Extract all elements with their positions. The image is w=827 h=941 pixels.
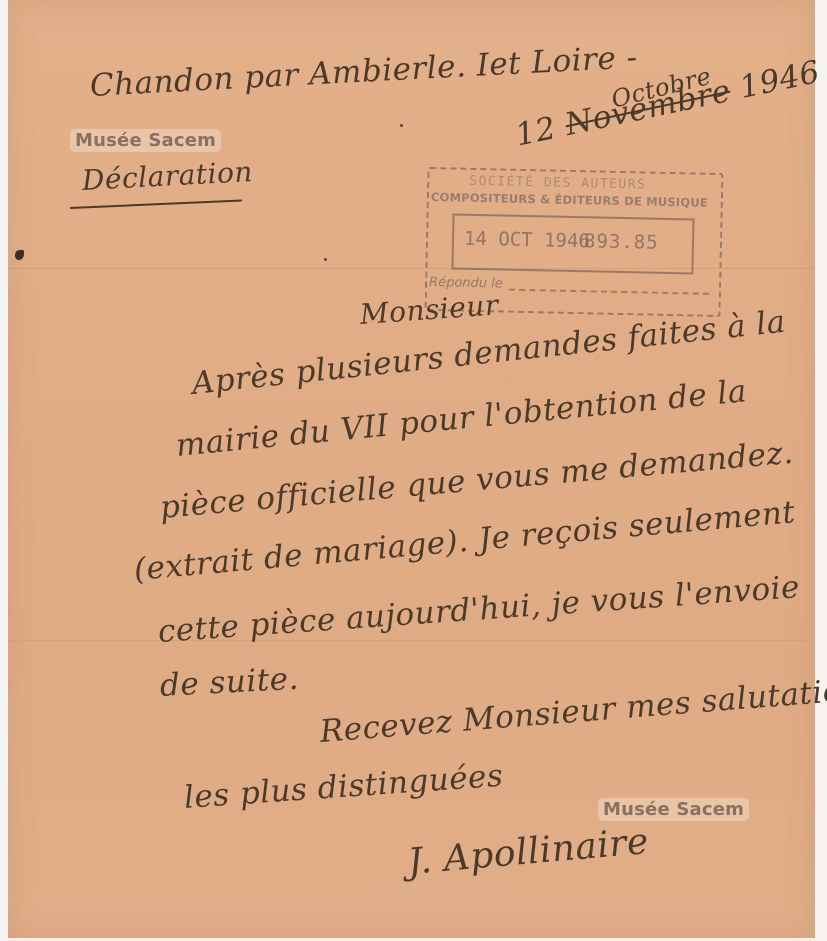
date-year: 1946 bbox=[736, 54, 823, 106]
subject-underline bbox=[70, 199, 242, 209]
letter-paper: Chandon par Ambierle. Iet Loire - Octobr… bbox=[8, 0, 815, 938]
ink-blot-mark bbox=[15, 250, 24, 260]
stamp-number: 893.85 bbox=[584, 230, 659, 254]
stamp-society-subtitle: COMPOSITEURS & ÉDITEURS DE MUSIQUE bbox=[431, 190, 708, 210]
body-line: de suite. bbox=[159, 661, 300, 704]
body-line: cette pièce aujourd'hui, je vous l'envoi… bbox=[157, 569, 801, 650]
stamp-date-box: 14 OCT 1946 893.85 bbox=[451, 213, 694, 274]
stamp-society-name: SOCIÉTÉ DES AUTEURS bbox=[469, 174, 646, 193]
stamp-date: 14 OCT 1946 bbox=[464, 228, 590, 253]
document-viewer: Chandon par Ambierle. Iet Loire - Octobr… bbox=[0, 0, 827, 941]
closing-line: les plus distinguées bbox=[183, 758, 505, 816]
museum-watermark: Musée Sacem bbox=[70, 129, 221, 152]
signature: J. Apollinaire bbox=[406, 821, 650, 883]
closing-line: Recevez Monsieur mes salutations bbox=[319, 670, 827, 750]
subject-label: Déclaration bbox=[81, 155, 254, 197]
salutation: Monsieur bbox=[359, 288, 500, 331]
ink-dot bbox=[324, 258, 327, 261]
letter-place-line: Chandon par Ambierle. Iet Loire - bbox=[89, 39, 638, 104]
date-day: 12 bbox=[512, 110, 559, 154]
stamp-reply-dotted-line bbox=[509, 289, 709, 295]
ink-dot bbox=[400, 124, 403, 127]
museum-watermark: Musée Sacem bbox=[598, 798, 749, 821]
paper-fold-line bbox=[8, 640, 815, 641]
